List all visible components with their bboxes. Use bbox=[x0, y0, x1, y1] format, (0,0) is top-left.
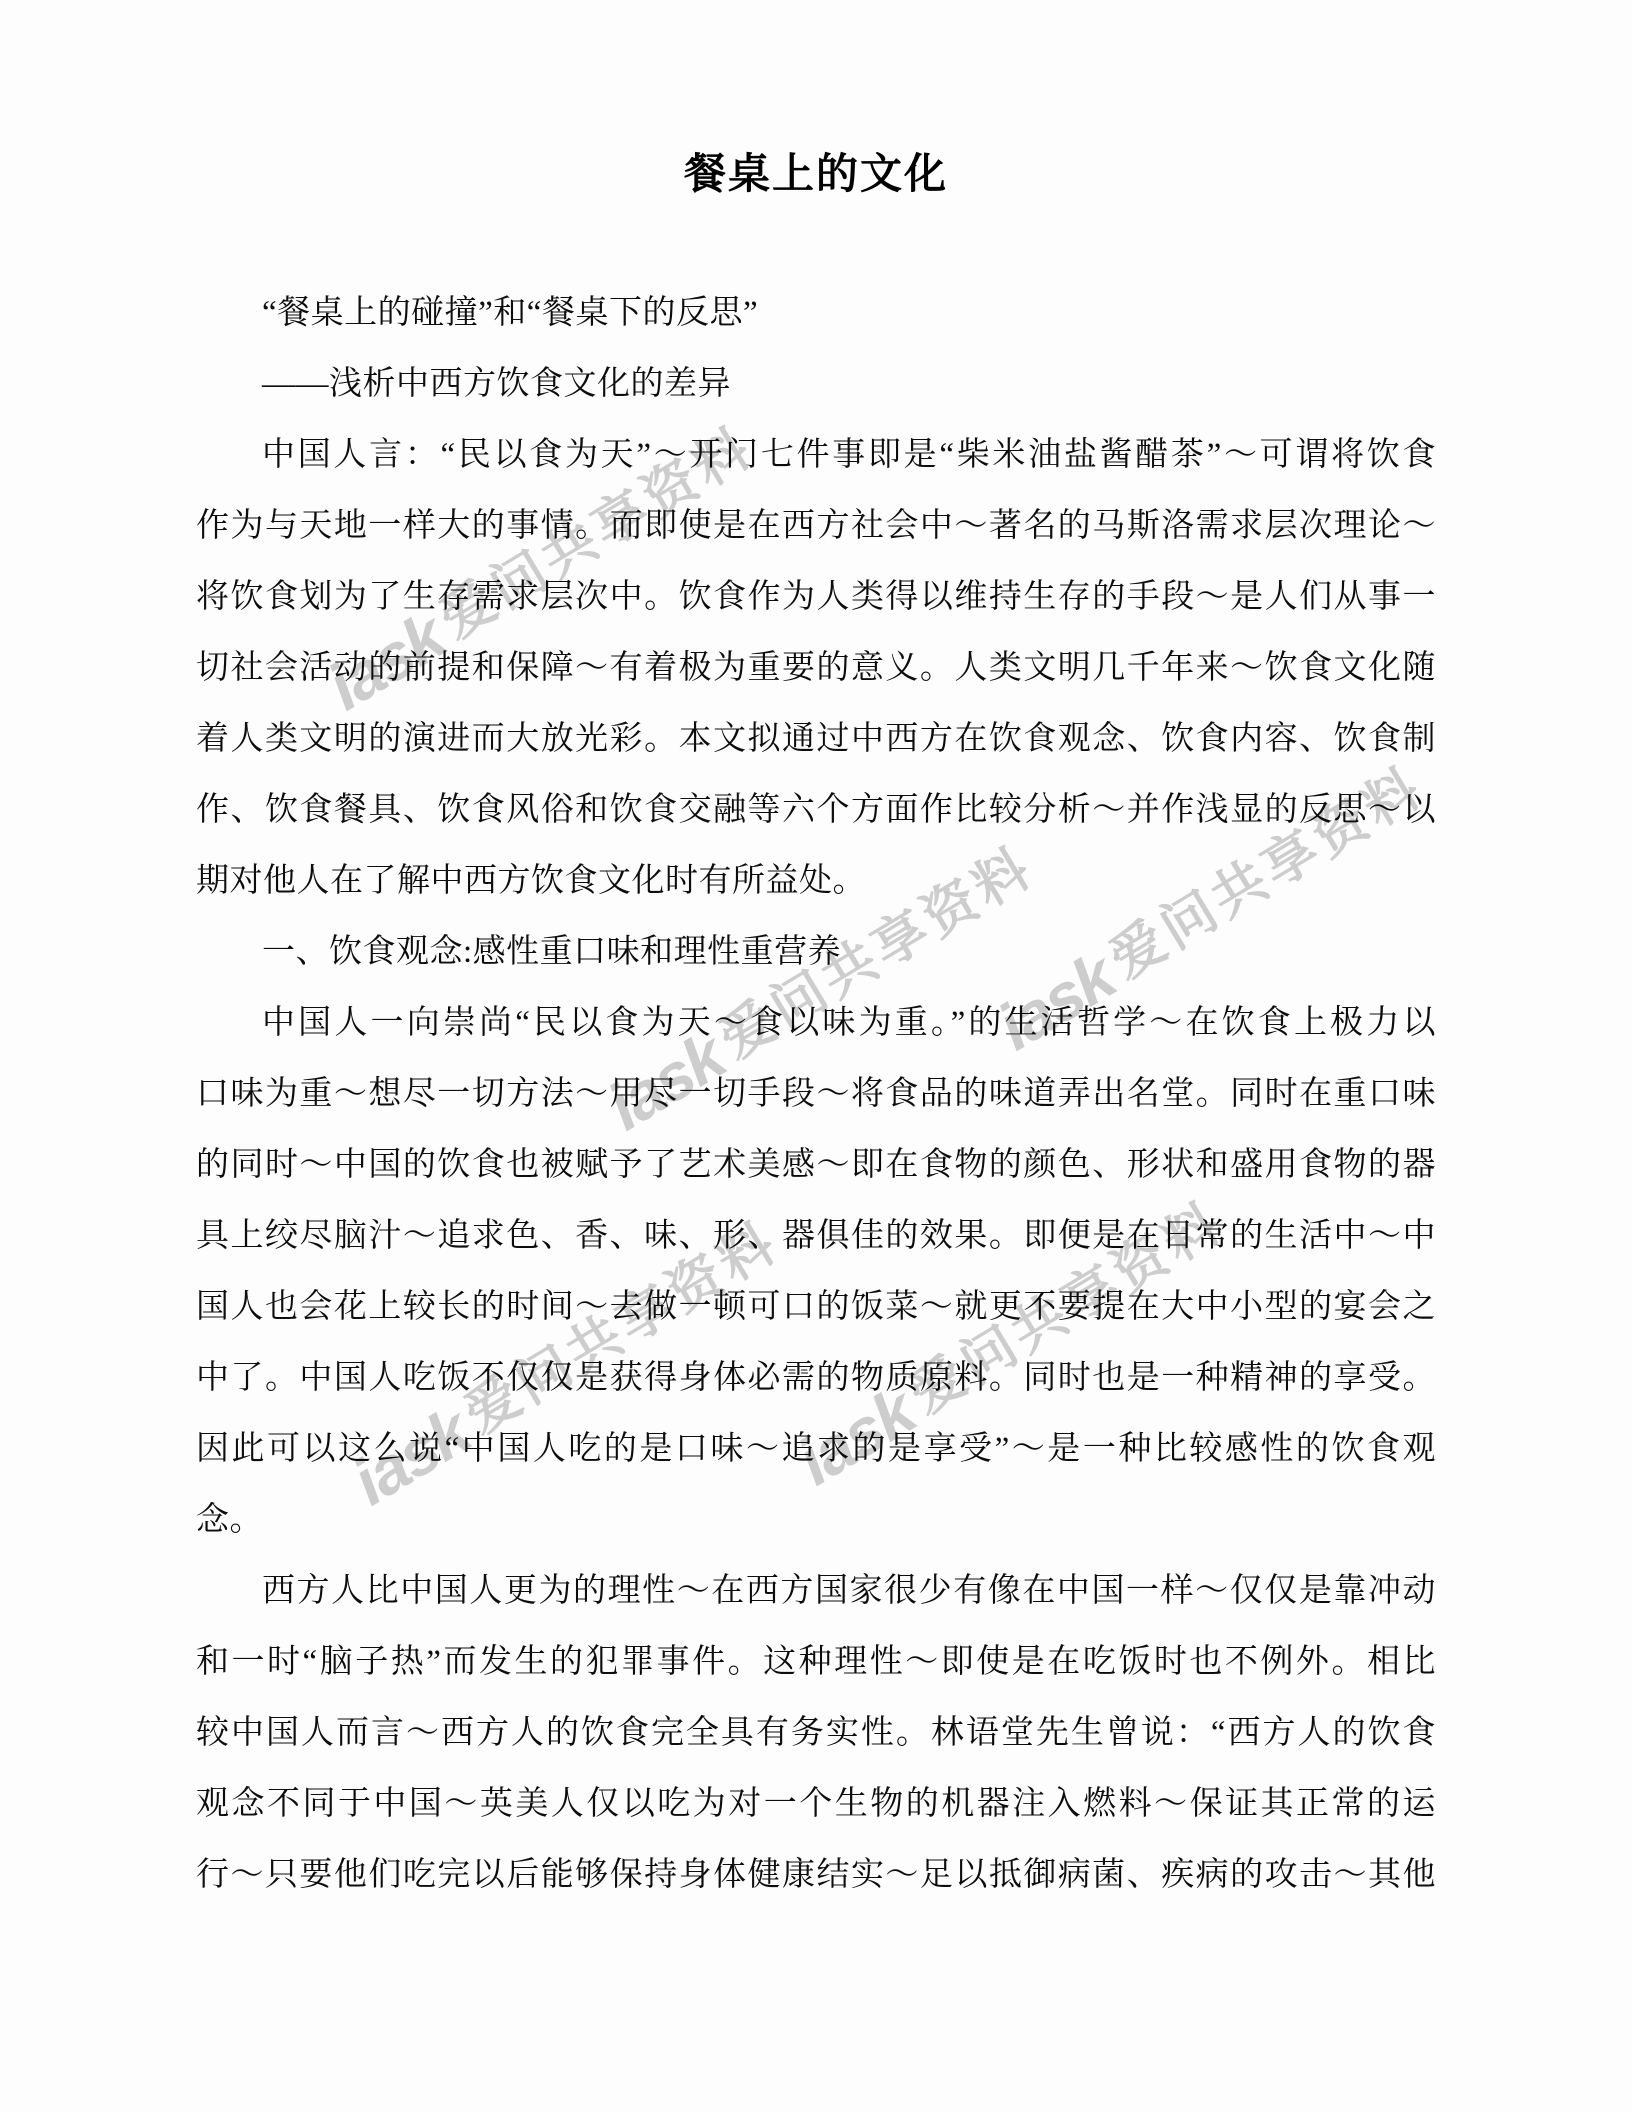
text-line: 念。 bbox=[196, 1485, 1436, 1556]
text-line: 行～只要他们吃完以后能够保持身体健康结实～足以抵御病菌、疾病的攻击～其他 bbox=[196, 1840, 1436, 1911]
text-line: 作、饮食餐具、饮食风俗和饮食交融等六个方面作比较分析～并作浅显的反思～以 bbox=[196, 775, 1436, 846]
text-line: 国人也会花上较长的时间～去做一顿可口的饭菜～就更不要提在大中小型的宴会之 bbox=[196, 1272, 1436, 1343]
text-line: 观念不同于中国～英美人仅以吃为对一个生物的机器注入燃料～保证其正常的运 bbox=[196, 1769, 1436, 1840]
text-line: 具上绞尽脑汁～追求色、香、味、形、器俱佳的效果。即便是在日常的生活中～中 bbox=[196, 1201, 1436, 1272]
document-body: “餐桌上的碰撞”和“餐桌下的反思”——浅析中西方饮食文化的差异中国人言：“民以食… bbox=[196, 278, 1436, 1911]
document-content: 餐桌上的文化 “餐桌上的碰撞”和“餐桌下的反思”——浅析中西方饮食文化的差异中国… bbox=[0, 0, 1632, 1911]
text-line: 期对他人在了解中西方饮食文化时有所益处。 bbox=[196, 846, 1436, 917]
text-line: 较中国人而言～西方人的饮食完全具有务实性。林语堂先生曾说：“西方人的饮食 bbox=[196, 1698, 1436, 1769]
text-line: 作为与天地一样大的事情。而即使是在西方社会中～著名的马斯洛需求层次理论～ bbox=[196, 491, 1436, 562]
text-line: “餐桌上的碰撞”和“餐桌下的反思” bbox=[196, 278, 1436, 349]
text-line: 中了。中国人吃饭不仅仅是获得身体必需的物质原料。同时也是一种精神的享受。 bbox=[196, 1343, 1436, 1414]
text-line: 一、饮食观念:感性重口味和理性重营养 bbox=[196, 917, 1436, 988]
text-line: 西方人比中国人更为的理性～在西方国家很少有像在中国一样～仅仅是靠冲动 bbox=[196, 1556, 1436, 1627]
text-line: 着人类文明的演进而大放光彩。本文拟通过中西方在饮食观念、饮食内容、饮食制 bbox=[196, 704, 1436, 775]
text-line: 口味为重～想尽一切方法～用尽一切手段～将食品的味道弄出名堂。同时在重口味 bbox=[196, 1059, 1436, 1130]
text-line: 和一时“脑子热”而发生的犯罪事件。这种理性～即使是在吃饭时也不例外。相比 bbox=[196, 1627, 1436, 1698]
text-line: 的同时～中国的饮食也被赋予了艺术美感～即在食物的颜色、形状和盛用食物的器 bbox=[196, 1130, 1436, 1201]
text-line: 中国人一向崇尚“民以食为天～食以味为重。”的生活哲学～在饮食上极力以 bbox=[196, 988, 1436, 1059]
document-page: iask爱问共享资料iask爱问共享资料iask爱问共享资料iask爱问共享资料… bbox=[0, 0, 1632, 2112]
text-line: 中国人言：“民以食为天”～开门七件事即是“柴米油盐酱醋茶”～可谓将饮食 bbox=[196, 420, 1436, 491]
text-line: 切社会活动的前提和保障～有着极为重要的意义。人类文明几千年来～饮食文化随 bbox=[196, 633, 1436, 704]
text-line: ——浅析中西方饮食文化的差异 bbox=[196, 349, 1436, 420]
document-title: 餐桌上的文化 bbox=[196, 148, 1436, 202]
text-line: 因此可以这么说“中国人吃的是口味～追求的是享受”～是一种比较感性的饮食观 bbox=[196, 1414, 1436, 1485]
text-line: 将饮食划为了生存需求层次中。饮食作为人类得以维持生存的手段～是人们从事一 bbox=[196, 562, 1436, 633]
